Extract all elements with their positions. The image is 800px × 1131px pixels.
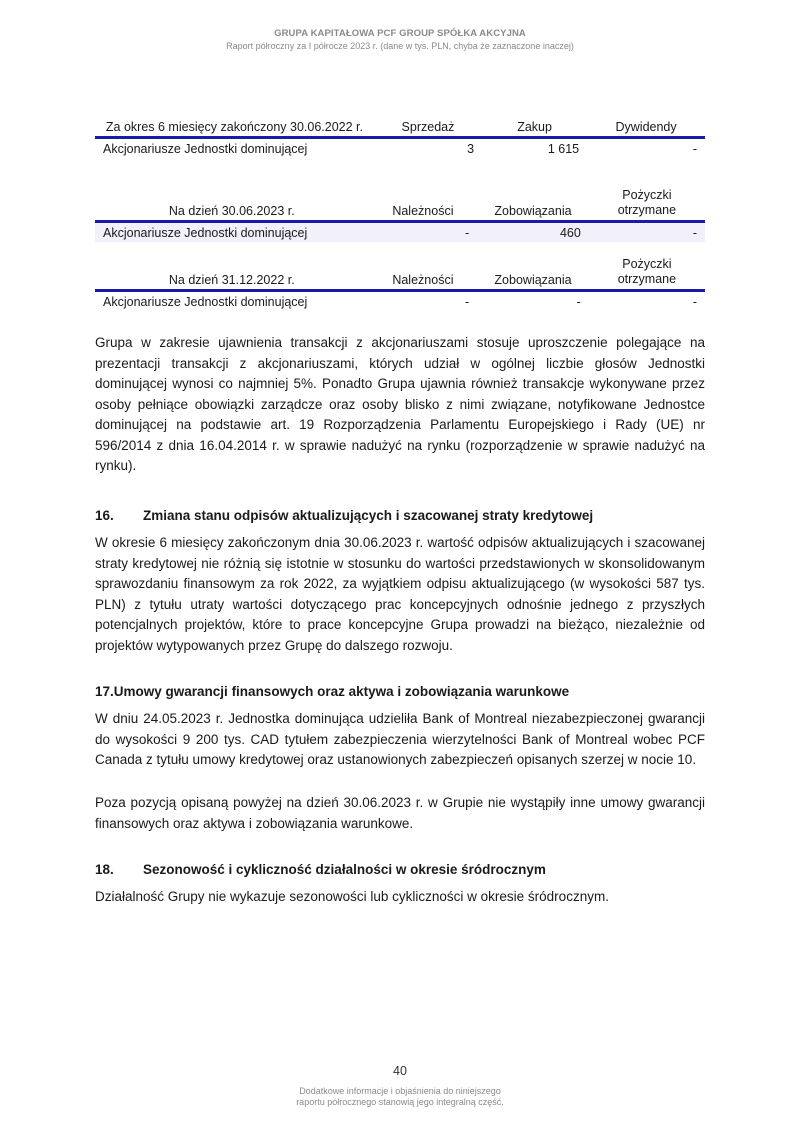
- page-number: 40: [0, 1064, 800, 1078]
- cell-purchase: 1 615: [482, 138, 587, 159]
- cell-liabilities: -: [477, 291, 589, 312]
- cell-dividends: -: [587, 138, 705, 159]
- cell-receivables: -: [369, 222, 478, 243]
- table-header-receivables: Należności: [369, 255, 478, 291]
- table-header-dividends: Dywidendy: [587, 114, 705, 138]
- section-18-heading: 18.Sezonowość i cykliczność działalności…: [95, 862, 705, 877]
- intro-paragraph: Grupa w zakresie ujawnienia transakcji z…: [95, 333, 705, 477]
- table-header-date: Na dzień 30.06.2023 r.: [95, 186, 369, 222]
- cell-liabilities: 460: [477, 222, 589, 243]
- cell-receivables: -: [369, 291, 478, 312]
- transactions-table: Za okres 6 miesięcy zakończony 30.06.202…: [95, 114, 705, 158]
- table-header-loans: Pożyczki otrzymane: [589, 255, 705, 291]
- table-header-liabilities: Zobowiązania: [477, 186, 589, 222]
- section-number: 16.: [95, 508, 143, 523]
- table-row: Akcjonariusze Jednostki dominującej - 46…: [95, 222, 705, 243]
- section-17-paragraph-1: W dniu 24.05.2023 r. Jednostka dominując…: [95, 709, 705, 771]
- table-header-receivables: Należności: [369, 186, 478, 222]
- cell-loans: -: [589, 222, 705, 243]
- table-header-period: Za okres 6 miesięcy zakończony 30.06.202…: [95, 114, 374, 138]
- row-label: Akcjonariusze Jednostki dominującej: [95, 138, 374, 159]
- table-row: Akcjonariusze Jednostki dominującej - - …: [95, 291, 705, 312]
- table-header-loans: Pożyczki otrzymane: [589, 186, 705, 222]
- footer-note-line-1: Dodatkowe informacje i objaśnienia do ni…: [0, 1086, 800, 1097]
- table-row: Akcjonariusze Jednostki dominującej 3 1 …: [95, 138, 705, 159]
- section-title: Zmiana stanu odpisów aktualizujących i s…: [143, 508, 593, 523]
- table-header-purchase: Zakup: [482, 114, 587, 138]
- section-18-paragraph: Działalność Grupy nie wykazuje sezonowoś…: [95, 887, 705, 908]
- table-header-sales: Sprzedaż: [374, 114, 482, 138]
- cell-sales: 3: [374, 138, 482, 159]
- section-16-paragraph: W okresie 6 miesięcy zakończonym dnia 30…: [95, 533, 705, 656]
- section-17-paragraph-2: Poza pozycją opisaną powyżej na dzień 30…: [95, 793, 705, 834]
- report-subtitle: Raport półroczny za I półrocze 2023 r. (…: [0, 40, 800, 52]
- company-name: GRUPA KAPITAŁOWA PCF GROUP SPÓŁKA AKCYJN…: [0, 28, 800, 40]
- section-number: 17.: [95, 684, 114, 699]
- page-header: GRUPA KAPITAŁOWA PCF GROUP SPÓŁKA AKCYJN…: [0, 28, 800, 52]
- row-label: Akcjonariusze Jednostki dominującej: [95, 222, 369, 243]
- section-16-heading: 16.Zmiana stanu odpisów aktualizujących …: [95, 508, 705, 523]
- section-number: 18.: [95, 862, 143, 877]
- section-title: Sezonowość i cykliczność działalności w …: [143, 862, 546, 877]
- balances-2022-table: Na dzień 31.12.2022 r. Należności Zobowi…: [95, 255, 705, 311]
- cell-loans: -: [589, 291, 705, 312]
- balances-2023-table: Na dzień 30.06.2023 r. Należności Zobowi…: [95, 186, 705, 242]
- footer-note: Dodatkowe informacje i objaśnienia do ni…: [0, 1086, 800, 1108]
- section-title: Umowy gwarancji finansowych oraz aktywa …: [114, 684, 569, 699]
- footer-note-line-2: raportu półrocznego stanowią jego integr…: [0, 1097, 800, 1108]
- table-header-liabilities: Zobowiązania: [477, 255, 589, 291]
- section-17-heading: 17.Umowy gwarancji finansowych oraz akty…: [95, 684, 705, 699]
- row-label: Akcjonariusze Jednostki dominującej: [95, 291, 369, 312]
- table-header-date: Na dzień 31.12.2022 r.: [95, 255, 369, 291]
